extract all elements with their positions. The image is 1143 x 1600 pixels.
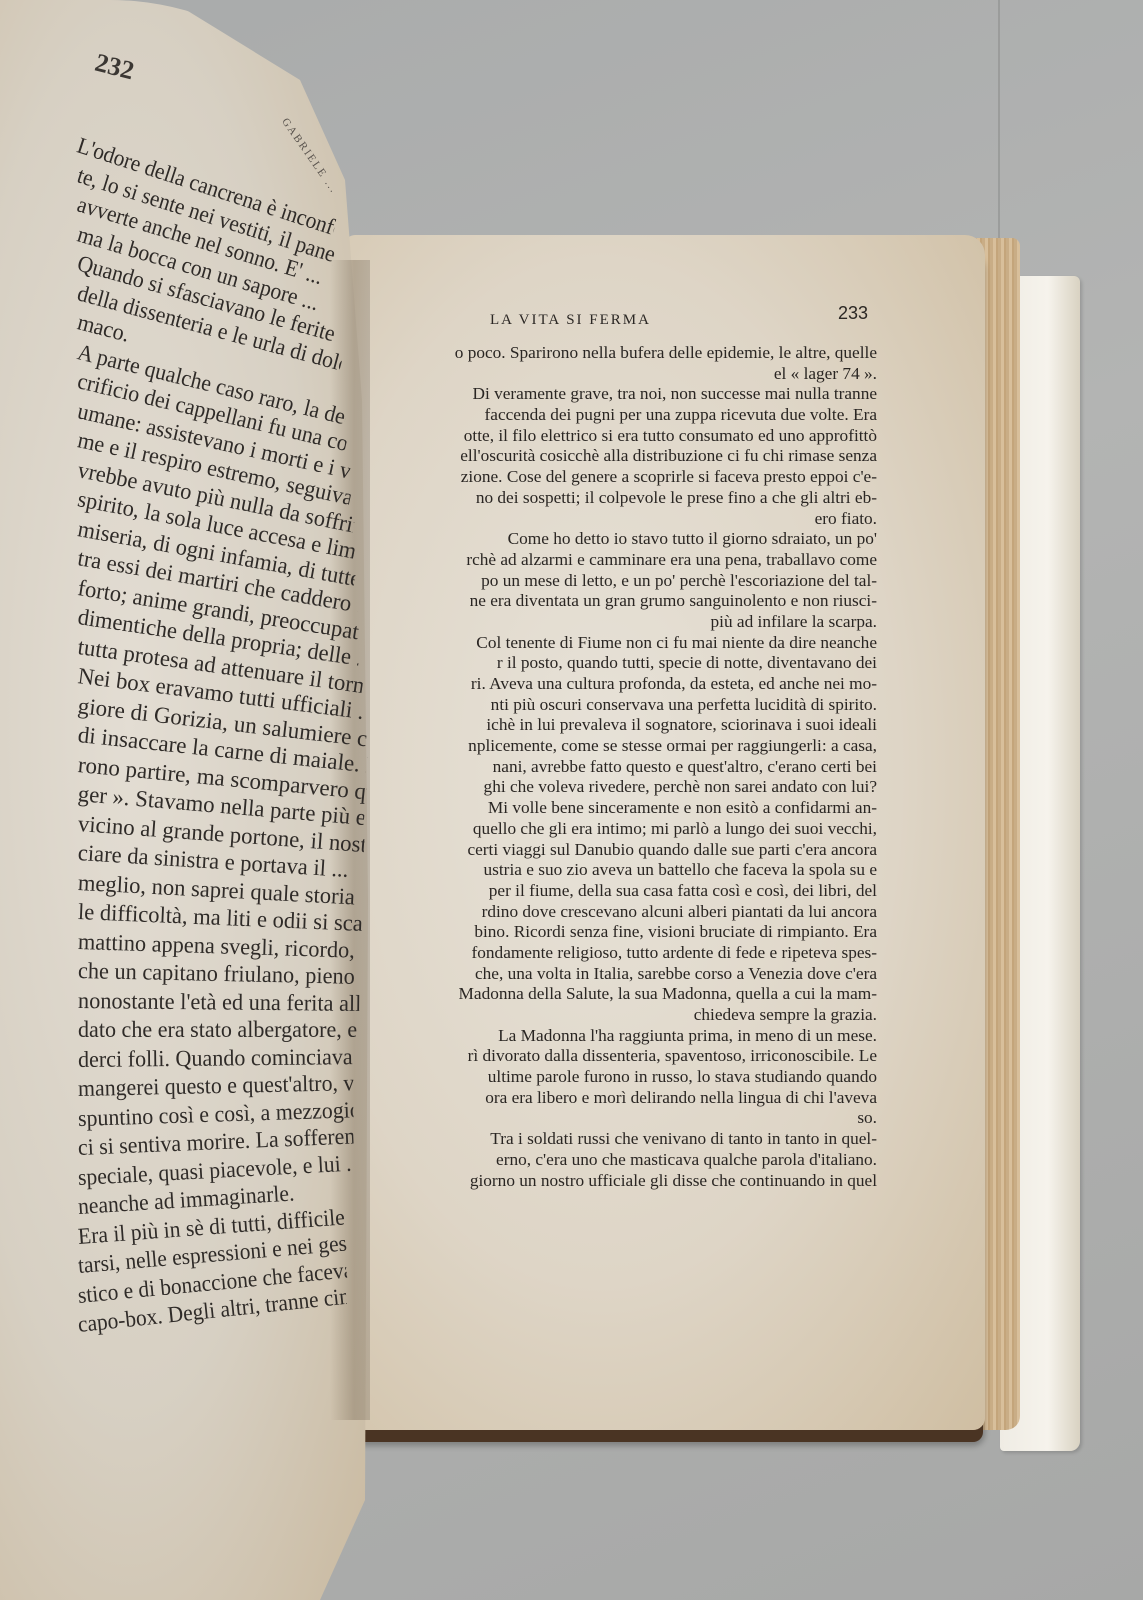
text-line: el « lager 74 ». xyxy=(345,364,877,385)
text-line: ero fiato. xyxy=(345,509,877,530)
text-line: po un mese di letto, e un po' perchè l'e… xyxy=(345,571,877,592)
text-line: La Madonna l'ha raggiunta prima, in meno… xyxy=(345,1026,877,1047)
text-line: dato che era stato albergatore, e ... xyxy=(78,1015,356,1045)
text-line: per il fiume, della sua casa fatta così … xyxy=(345,881,877,902)
text-line: ghi che voleva rivedere, perchè non sare… xyxy=(345,777,877,798)
text-line: più ad infilare la scarpa. xyxy=(345,612,877,633)
text-line: zione. Cose del genere a scoprirle si fa… xyxy=(345,467,877,488)
text-line: Tra i soldati russi che venivano di tant… xyxy=(345,1129,877,1150)
text-line: otte, il filo elettrico si era tutto con… xyxy=(345,426,877,447)
text-line: certi viaggi sul Danubio quando dalle su… xyxy=(345,840,877,861)
text-line: faccenda dei pugni per una zuppa ricevut… xyxy=(345,405,877,426)
text-line: nplicemente, come se stesse ormai per ra… xyxy=(345,736,877,757)
text-line: ne era diventata un gran grumo sanguinol… xyxy=(345,591,877,612)
text-line: ichè in lui prevaleva il sognatore, scio… xyxy=(345,715,877,736)
text-line: che, una volta in Italia, sarebbe corso … xyxy=(345,964,877,985)
text-line: nti più oscuri conservava una perfetta l… xyxy=(345,695,877,716)
text-line: rdino dove crescevano alcuni alberi pian… xyxy=(345,902,877,923)
text-line: erno, c'era uno che masticava qualche pa… xyxy=(345,1150,877,1171)
text-line: Come ho detto io stavo tutto il giorno s… xyxy=(345,529,877,550)
text-line: so. xyxy=(345,1108,877,1129)
text-line: rchè ad alzarmi e camminare era una pena… xyxy=(345,550,877,571)
text-line: r il posto, quando tutti, specie di nott… xyxy=(345,653,877,674)
text-line: Mi volle bene sinceramente e non esitò a… xyxy=(345,798,877,819)
right-page-body: o poco. Sparirono nella bufera delle epi… xyxy=(345,343,877,1191)
text-line: chiedeva sempre la grazia. xyxy=(345,1005,877,1026)
text-line: ora era libero e morì delirando nella li… xyxy=(345,1088,877,1109)
right-page-number: 233 xyxy=(838,303,868,324)
text-line: nonostante l'età ed una ferita alla ... xyxy=(78,986,360,1018)
text-line: giorno un nostro ufficiale gli disse che… xyxy=(345,1171,877,1192)
text-line: rì divorato dalla dissenteria, spaventos… xyxy=(345,1046,877,1067)
left-page-body: L'odore della cancrena è inconfondibile,… xyxy=(78,130,368,1340)
text-line: no dei sospetti; il colpevole le prese f… xyxy=(345,488,877,509)
text-line: fondamente religioso, tutto ardente di f… xyxy=(345,943,877,964)
text-line: quello che gli era intimo; mi parlò a lu… xyxy=(345,819,877,840)
text-line: bino. Ricordi senza fine, visioni brucia… xyxy=(345,922,877,943)
text-line: o poco. Sparirono nella bufera delle epi… xyxy=(345,343,877,364)
text-line: Di veramente grave, tra noi, non success… xyxy=(345,384,877,405)
text-line: Madonna della Salute, la sua Madonna, qu… xyxy=(345,984,877,1005)
text-line: ultime parole furono in russo, lo stava … xyxy=(345,1067,877,1088)
text-line: nani, avrebbe fatto questo e quest'altro… xyxy=(345,757,877,778)
text-line: Col tenente di Fiume non ci fu mai nient… xyxy=(345,633,877,654)
right-running-header: LA VITA SI FERMA xyxy=(490,312,651,329)
text-line: ri. Aveva una cultura profonda, da estet… xyxy=(345,674,877,695)
text-line: ell'oscurità cosicchè alla distribuzione… xyxy=(345,446,877,467)
text-line: ustria e suo zio aveva un battello che f… xyxy=(345,860,877,881)
